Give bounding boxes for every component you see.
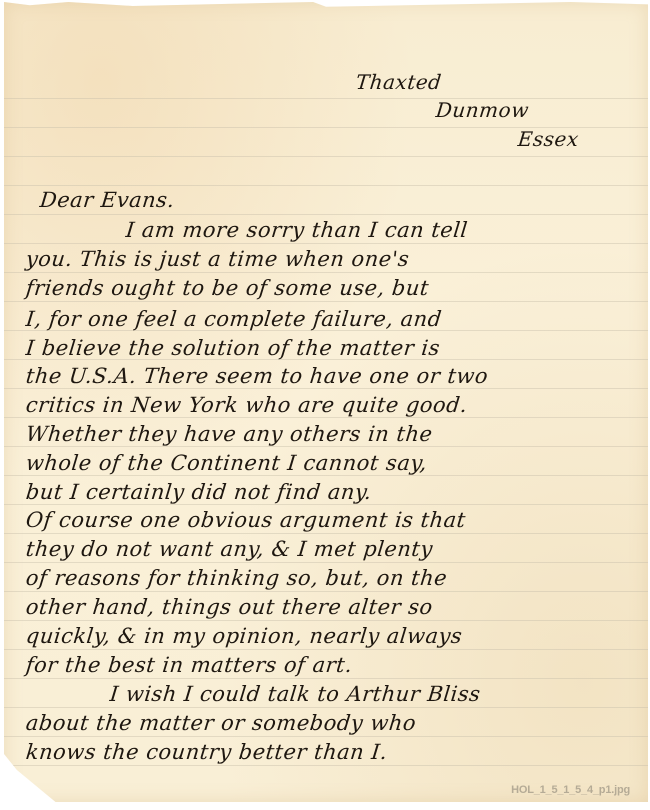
ruled-line <box>4 591 648 592</box>
ruled-line <box>4 156 648 157</box>
ruled-line <box>4 504 648 505</box>
ruled-line <box>4 533 648 534</box>
body-line: I am more sorry than I can tell <box>125 218 469 242</box>
body-line: you. This is just a time when one's <box>25 247 411 271</box>
body-line: I wish I could talk to Arthur Bliss <box>109 682 482 706</box>
ruled-line <box>4 765 648 766</box>
body-line: knows the country better than I. <box>25 740 389 764</box>
ruled-line <box>4 214 648 215</box>
body-line: of reasons for thinking so, but, on the <box>25 566 449 590</box>
ruled-line <box>4 388 648 389</box>
ruled-line <box>4 446 648 447</box>
file-label: HOL_1_5_1_5_4_p1.jpg <box>511 784 630 796</box>
body-line: for the best in matters of art. <box>25 653 354 677</box>
salutation: Dear Evans. <box>39 188 176 212</box>
body-line: other hand, things out there alter so <box>25 595 434 619</box>
body-line: friends ought to be of some use, but <box>25 276 430 300</box>
address-line-town: Thaxted <box>355 70 443 94</box>
body-line: critics in New York who are quite good. <box>25 393 469 417</box>
ruled-line <box>4 272 648 273</box>
body-line: but I certainly did not find any. <box>25 480 373 504</box>
body-line: about the matter or somebody who <box>25 711 418 735</box>
ruled-line <box>4 475 648 476</box>
ruled-line <box>4 562 648 563</box>
ruled-line <box>4 620 648 621</box>
address-line-county: Essex <box>517 127 580 151</box>
body-line: I, for one feel a complete failure, and <box>25 307 443 331</box>
body-line: they do not want any, & I met plenty <box>25 537 434 561</box>
ruled-line <box>4 98 648 99</box>
ruled-line <box>4 707 648 708</box>
ruled-line <box>4 301 648 302</box>
ruled-line <box>4 649 648 650</box>
address-line-district: Dunmow <box>435 98 530 122</box>
ruled-line <box>4 736 648 737</box>
ruled-line <box>4 417 648 418</box>
ruled-line <box>4 243 648 244</box>
body-line: I believe the solution of the matter is <box>25 336 442 360</box>
ruled-line <box>4 185 648 186</box>
body-line: the U.S.A. There seem to have one or two <box>25 364 490 388</box>
body-line: Whether they have any others in the <box>25 422 434 446</box>
body-line: Of course one obvious argument is that <box>25 508 467 532</box>
ruled-line <box>4 678 648 679</box>
body-line: quickly, & in my opinion, nearly always <box>25 624 464 648</box>
body-line: whole of the Continent I cannot say, <box>25 451 429 475</box>
